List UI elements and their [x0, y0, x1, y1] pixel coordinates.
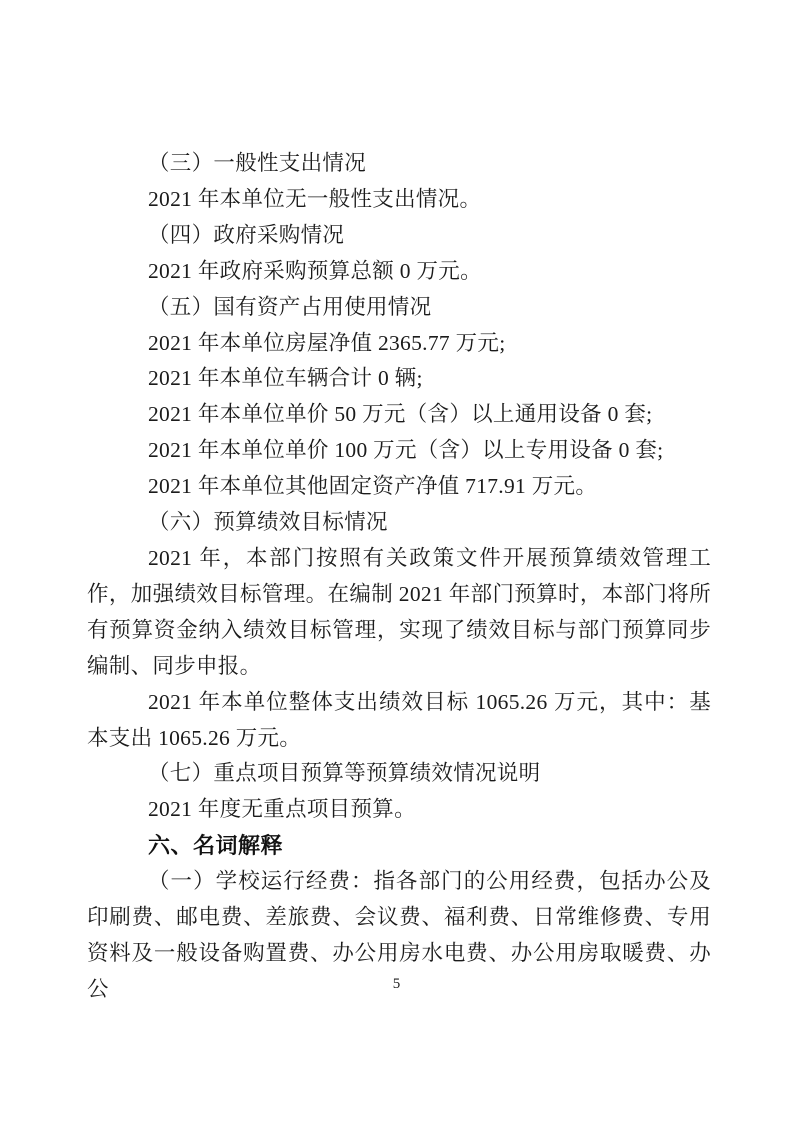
document-page: （三）一般性支出情况 2021 年本单位无一般性支出情况。 （四）政府采购情况 …: [0, 0, 793, 1122]
document-body: （三）一般性支出情况 2021 年本单位无一般性支出情况。 （四）政府采购情况 …: [87, 146, 711, 1008]
paragraph-other-fixed-assets: 2021 年本单位其他固定资产净值 717.91 万元。: [87, 469, 711, 505]
paragraph-section-6-title: （六）预算绩效目标情况: [87, 505, 711, 541]
paragraph-vehicle-count: 2021 年本单位车辆合计 0 辆;: [87, 361, 711, 397]
page-number: 5: [0, 975, 793, 993]
paragraph-section-7-title: （七）重点项目预算等预算绩效情况说明: [87, 756, 711, 792]
paragraph-procurement-total: 2021 年政府采购预算总额 0 万元。: [87, 254, 711, 290]
section-heading-glossary: 六、名词解释: [87, 828, 711, 864]
paragraph-section-3-title: （三）一般性支出情况: [87, 146, 711, 182]
paragraph-building-net-value: 2021 年本单位房屋净值 2365.77 万元;: [87, 326, 711, 362]
paragraph-no-key-projects: 2021 年度无重点项目预算。: [87, 792, 711, 828]
paragraph-section-5-title: （五）国有资产占用使用情况: [87, 290, 711, 326]
paragraph-performance-management: 2021 年，本部门按照有关政策文件开展预算绩效管理工作，加强绩效目标管理。在编…: [87, 541, 711, 685]
paragraph-general-expenditure: 2021 年本单位无一般性支出情况。: [87, 182, 711, 218]
paragraph-performance-target: 2021 年本单位整体支出绩效目标 1065.26 万元，其中：基本支出 106…: [87, 685, 711, 757]
paragraph-special-equipment: 2021 年本单位单价 100 万元（含）以上专用设备 0 套;: [87, 433, 711, 469]
paragraph-section-4-title: （四）政府采购情况: [87, 218, 711, 254]
paragraph-general-equipment: 2021 年本单位单价 50 万元（含）以上通用设备 0 套;: [87, 397, 711, 433]
